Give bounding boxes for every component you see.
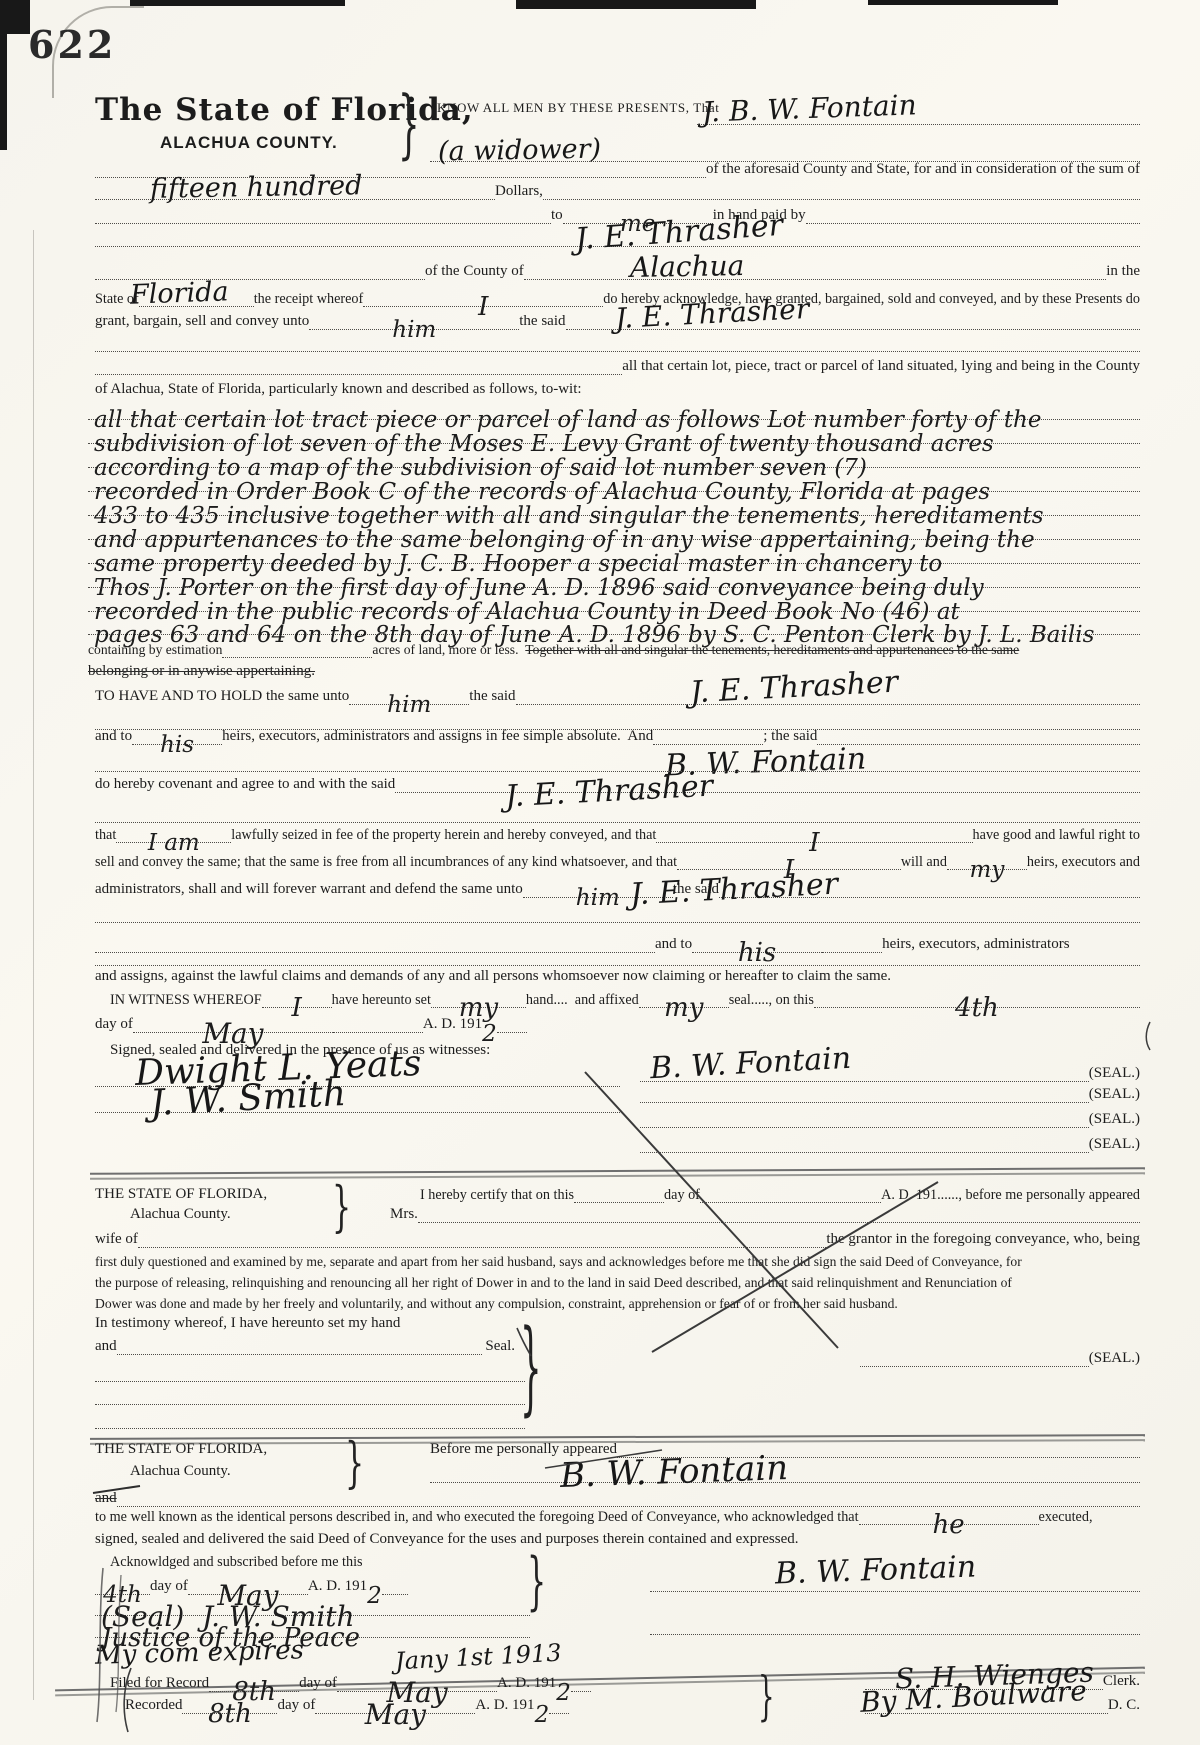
- handwritten-description: Thos J. Porter on the first day of June …: [94, 575, 984, 587]
- handwritten-description: pages 63 and 64 on the 8th day of June A…: [94, 622, 1094, 634]
- blank-dotted-line: [95, 803, 1140, 823]
- handwritten-witness2: J. W. Smith: [149, 1076, 347, 1122]
- dotted-leader: [222, 637, 372, 658]
- ack-justice-line: Justice of the Peace: [95, 1618, 530, 1638]
- description-line: all that certain lot tract piece or parc…: [88, 400, 1140, 420]
- handwritten-his: his: [160, 732, 194, 744]
- dower-paragraph-line: Dower was done and made by her freely an…: [95, 1292, 1140, 1312]
- printed-text: do hereby covenant and agree to and with…: [95, 776, 395, 793]
- dotted-leader: [138, 1227, 826, 1248]
- handwritten-he: he: [932, 1511, 964, 1524]
- dotted-leader: 433 to 435 inclusive together with all a…: [88, 495, 1140, 516]
- ack-known-line: to me well known as the identical person…: [95, 1505, 1140, 1525]
- handwritten-him: him: [392, 317, 436, 329]
- dotted-leader: my: [947, 849, 1027, 870]
- handwritten-description: and appurtenances to the same belonging …: [94, 527, 1035, 539]
- printed-text: to me well known as the identical person…: [95, 1509, 859, 1525]
- printed-text: acres of land, more or less.: [372, 642, 525, 658]
- printed-text: the grantor in the foregoing conveyance,…: [826, 1231, 1140, 1248]
- dotted-leader: [117, 1334, 482, 1355]
- printed-text: [568, 992, 575, 1008]
- handwritten-i-am: I am: [148, 830, 200, 842]
- dotted-leader: my: [431, 987, 526, 1008]
- dotted-leader: [574, 1182, 664, 1203]
- handwritten-i: I: [784, 856, 794, 869]
- filed-for-record-line: Filed for Record 8th day of May A. D. 19…: [110, 1672, 750, 1692]
- handwritten-description: same property deeded by J. C. B. Hooper …: [94, 551, 942, 563]
- seal-line: (SEAL.): [640, 1133, 1140, 1153]
- description-line: same property deeded by J. C. B. Hooper …: [88, 544, 1140, 564]
- film-edge-artifact: [868, 0, 1058, 5]
- printed-text: administrators, shall and will forever w…: [95, 881, 523, 898]
- printed-text: A. D. 191......, before me personally ap…: [881, 1187, 1140, 1203]
- description-line: pages 63 and 64 on the 8th day of June A…: [88, 615, 1140, 635]
- printed-text: of Alachua, State of Florida, particular…: [95, 381, 582, 398]
- printed-text: Filed for Record: [110, 1675, 209, 1692]
- dotted-leader: [95, 751, 1140, 772]
- dotted-leader: [524, 259, 1107, 280]
- printed-text: Dollars,: [495, 183, 543, 200]
- handwritten-month: May: [217, 1580, 278, 1594]
- handwritten-description: according to a map of the subdivision of…: [94, 455, 867, 467]
- blank-dotted-line: [95, 1409, 525, 1429]
- printed-text: Mrs.: [390, 1206, 418, 1223]
- blank-dotted-line: [95, 946, 1140, 966]
- description-line: recorded in the public records of Alachu…: [88, 592, 1140, 612]
- handwritten-year: 2: [367, 1583, 382, 1595]
- form-line-struck-belonging: belonging or in anywise appertaining.: [88, 660, 1140, 680]
- printed-text: day of: [277, 1697, 315, 1714]
- printed-text: and affixed: [575, 992, 639, 1008]
- handwritten-my: my: [970, 857, 1005, 869]
- form-line-assigns: and assigns, against the lawful claims a…: [95, 965, 1140, 985]
- dotted-leader: May: [337, 1671, 497, 1692]
- dotted-leader: recorded in the public records of Alachu…: [88, 591, 1140, 612]
- handwritten-i: I: [478, 293, 488, 306]
- dotted-leader: [95, 259, 425, 280]
- dotted-leader: [497, 1012, 527, 1033]
- dotted-leader: [95, 902, 1140, 923]
- blank-dotted-line: [95, 1362, 525, 1382]
- dotted-leader: his: [132, 724, 222, 745]
- dotted-leader: Justice of the Peace: [95, 1617, 530, 1638]
- ack-notary-line: (Seal) J. W. Smith: [95, 1596, 530, 1616]
- dotted-leader: I: [656, 822, 972, 843]
- printed-text: to: [551, 207, 563, 224]
- handwritten-justice-title: Justice of the Peace: [101, 1624, 360, 1637]
- printed-text: in the: [1106, 263, 1140, 280]
- dotted-leader: [860, 1346, 1089, 1367]
- dotted-leader: [95, 1408, 525, 1429]
- dower-seal-line: (SEAL.): [860, 1347, 1140, 1367]
- printed-text: the said: [519, 313, 565, 330]
- handwritten-amount: fifteen hundred: [150, 172, 363, 203]
- printed-text: seal....., on this: [729, 992, 814, 1008]
- handwritten-description: recorded in Order Book C of the records …: [94, 479, 990, 491]
- scan-fold-line: [33, 230, 34, 1700]
- printed-text: Dower was done and made by her freely an…: [95, 1296, 898, 1312]
- printed-text: IN WITNESS WHEREOF: [110, 992, 262, 1008]
- handwritten-my: my: [664, 994, 703, 1007]
- printed-text: containing by estimation: [88, 642, 222, 658]
- printed-text: KNOW ALL MEN BY THESE PRESENTS, That: [437, 101, 719, 116]
- dotted-leader: I: [677, 849, 901, 870]
- dotted-leader: [571, 1671, 591, 1692]
- handwritten-him: him: [576, 885, 620, 897]
- section-divider: [90, 1167, 1145, 1180]
- printed-text: executed,: [1039, 1509, 1093, 1525]
- printed-text: will and: [901, 854, 947, 870]
- printed-text-struck: Together with all and singular the tenem…: [525, 642, 1019, 658]
- dotted-leader: [95, 203, 551, 224]
- blank-dotted-line: [95, 1385, 525, 1405]
- printed-text: lawfully seized in fee of the property h…: [231, 827, 656, 843]
- dotted-leader: Thos J. Porter on the first day of June …: [88, 567, 1140, 588]
- printed-text: I hereby certify that on this: [420, 1187, 574, 1203]
- printed-text: signed, sealed and delivered the said De…: [95, 1531, 799, 1548]
- dotted-leader: all that certain lot tract piece or parc…: [88, 399, 1140, 420]
- printed-text: A. D. 191: [308, 1578, 367, 1595]
- dotted-leader: [653, 724, 763, 745]
- printed-text: A. D. 191: [475, 1697, 534, 1714]
- printed-text: heirs, executors and: [1027, 854, 1140, 870]
- dotted-leader: [95, 802, 1140, 823]
- form-line-seized: that I am lawfully seized in fee of the …: [95, 823, 1140, 843]
- form-line-day-of: day of May A. D. 191 2: [95, 1013, 655, 1033]
- dotted-leader: my: [639, 987, 729, 1008]
- ack-signed-line: signed, sealed and delivered the said De…: [95, 1528, 1140, 1548]
- dotted-leader: I am: [116, 822, 231, 843]
- printed-text: Acknowldged and subscribed before me thi…: [110, 1554, 363, 1570]
- dotted-leader: 8th: [209, 1671, 299, 1692]
- printed-text: Alachua County.: [130, 1206, 231, 1223]
- dotted-leader: [95, 1361, 525, 1382]
- form-line-county-of: of the County of in the: [95, 260, 1140, 280]
- ack-state-line: THE STATE OF FLORIDA,: [95, 1438, 355, 1458]
- printed-seal-label: (SEAL.): [1089, 1350, 1140, 1367]
- seal-line: (SEAL.): [640, 1108, 1140, 1128]
- handwritten-notary-signature: (Seal) J. W. Smith: [101, 1601, 355, 1615]
- dotted-leader: [806, 203, 1140, 224]
- printed-text: Seal.: [482, 1338, 515, 1355]
- printed-text: THE STATE OF FLORIDA,: [95, 1186, 267, 1203]
- dower-and-seal-line: and Seal.: [95, 1335, 515, 1355]
- header-brace: }: [398, 88, 420, 163]
- ack-county-line: Alachua County.: [130, 1460, 290, 1480]
- dotted-leader: [700, 1182, 881, 1203]
- printed-seal-label: (SEAL.): [1089, 1065, 1140, 1082]
- blank-dotted-line: [95, 752, 1140, 772]
- printed-text: all that certain lot, piece, tract or pa…: [622, 358, 1140, 375]
- dotted-leader: him: [309, 309, 519, 330]
- dotted-leader: same property deeded by J. C. B. Hooper …: [88, 543, 1140, 564]
- page-number: 622: [28, 22, 116, 67]
- description-line: and appurtenances to the same belonging …: [88, 520, 1140, 540]
- handwritten-recorded-day: 8th: [208, 1700, 252, 1713]
- handwritten-description: recorded in the public records of Alachu…: [94, 599, 960, 611]
- blank-dotted-line: [95, 332, 1140, 352]
- dotted-leader: May: [315, 1693, 475, 1714]
- dotted-leader: him: [349, 684, 469, 705]
- dotted-leader: and appurtenances to the same belonging …: [88, 519, 1140, 540]
- ack-brace: }: [345, 1438, 364, 1492]
- dotted-leader: recorded in Order Book C of the records …: [88, 471, 1140, 492]
- dotted-leader: [418, 1202, 1140, 1223]
- form-line-all-that: all that certain lot, piece, tract or pa…: [95, 355, 1140, 375]
- printed-seal-label: (SEAL.): [1089, 1136, 1140, 1153]
- printed-text: of the aforesaid County and State, for a…: [706, 161, 1140, 178]
- handwritten-grantor-name: J. B. W. Fontain: [702, 91, 917, 126]
- form-line-warrant: administrators, shall and will forever w…: [95, 878, 1140, 898]
- printed-text: A. D. 191: [423, 1016, 482, 1033]
- printed-text: day of: [150, 1578, 188, 1595]
- printed-text: D. C.: [1108, 1697, 1140, 1714]
- form-line-to-have: TO HAVE AND TO HOLD the same unto him th…: [95, 685, 1140, 705]
- handwritten-year: 2: [482, 1021, 497, 1033]
- printed-text: heirs, executors, administrators and ass…: [222, 728, 653, 745]
- dotted-leader: [95, 354, 622, 375]
- printed-text: and to: [95, 728, 132, 745]
- dotted-leader: 4th: [95, 1574, 150, 1595]
- handwritten-filed-day: 8th: [232, 1678, 276, 1691]
- dower-county-line: Alachua County.: [130, 1203, 290, 1223]
- dower-testimony-line: In testimony whereof, I have hereunto se…: [95, 1312, 525, 1332]
- form-line-in-witness: IN WITNESS WHEREOF I have hereunto set m…: [110, 988, 1140, 1008]
- printed-text: sell and convey the same; that the same …: [95, 854, 677, 870]
- handwritten-i: I: [291, 994, 301, 1007]
- filing-brace: }: [758, 1672, 775, 1724]
- dotted-leader: [640, 1107, 1089, 1128]
- dower-mrs-line: Mrs.: [390, 1203, 1140, 1223]
- ack-date-line: 4th day of May A. D. 191 2: [95, 1575, 535, 1595]
- dotted-leader: [95, 1384, 525, 1405]
- dotted-leader: [549, 1693, 569, 1714]
- recorded-line: Recorded 8th day of May A. D. 191 2: [125, 1694, 750, 1714]
- film-edge-artifact: [516, 0, 756, 9]
- handwritten-description: subdivision of lot seven of the Moses E.…: [94, 431, 994, 443]
- handwritten-month: May: [202, 1018, 263, 1032]
- printed-seal-label: (SEAL.): [1089, 1111, 1140, 1128]
- dotted-leader: [543, 179, 1140, 200]
- description-line: 433 to 435 inclusive together with all a…: [88, 496, 1140, 516]
- dotted-leader: I: [262, 987, 332, 1008]
- printed-text: Clerk.: [1103, 1673, 1140, 1690]
- dotted-leader: [650, 1614, 1140, 1635]
- printed-text: Alachua County.: [130, 1463, 231, 1480]
- seal-line: (SEAL.): [640, 1083, 1140, 1103]
- printed-text: ; the said: [763, 728, 817, 745]
- printed-text: day of: [95, 1016, 133, 1033]
- dotted-leader: May: [188, 1574, 308, 1595]
- printed-text: the purpose of releasing, relinquishing …: [95, 1275, 1012, 1291]
- dotted-leader: according to a map of the subdivision of…: [88, 447, 1140, 468]
- handwritten-i: I: [809, 829, 819, 842]
- description-line: according to a map of the subdivision of…: [88, 448, 1140, 468]
- printed-text: wife of: [95, 1231, 138, 1248]
- handwritten-day: 4th: [103, 1582, 142, 1594]
- ack-subscribed-line: Acknowldged and subscribed before me thi…: [110, 1550, 530, 1570]
- dotted-leader: pages 63 and 64 on the 8th day of June A…: [88, 614, 1140, 635]
- dotted-leader: 4th: [814, 987, 1140, 1008]
- printed-text: of the County of: [425, 263, 524, 280]
- printed-text: day of: [299, 1675, 337, 1692]
- dower-wife-line: wife of the grantor in the foregoing con…: [95, 1228, 1140, 1248]
- dotted-leader: [650, 1571, 1140, 1592]
- dotted-leader: [95, 331, 1140, 352]
- printed-text-struck: belonging or in anywise appertaining.: [88, 663, 315, 680]
- printed-text: TO HAVE AND TO HOLD the same unto: [95, 688, 349, 705]
- handwritten-year: 2: [535, 1702, 550, 1714]
- form-line-sell-convey: sell and convey the same; that the same …: [95, 850, 1140, 870]
- know-all-men-line: KNOW ALL MEN BY THESE PRESENTS, That: [437, 96, 737, 116]
- handwritten-day: 4th: [955, 994, 999, 1007]
- blank-dotted-line: [650, 1615, 1140, 1635]
- deed-record-page: { "page_number": "622", "names": { "gran…: [0, 0, 1200, 1745]
- description-line: recorded in Order Book C of the records …: [88, 472, 1140, 492]
- printed-text: have hereunto set: [332, 992, 431, 1008]
- dotted-leader: [382, 1574, 408, 1595]
- handwritten-description: 433 to 435 inclusive together with all a…: [94, 503, 1044, 515]
- handwritten-him: him: [387, 692, 431, 704]
- handwritten-my: my: [459, 994, 498, 1007]
- description-line: Thos J. Porter on the first day of June …: [88, 568, 1140, 588]
- dotted-leader: 8th: [182, 1693, 277, 1714]
- dower-paragraph-line: first duly questioned and examined by me…: [95, 1250, 1140, 1270]
- handwritten-commission-date: Jany 1st 1913: [394, 1641, 562, 1674]
- printed-text: that: [95, 827, 116, 843]
- form-title-county: ALACHUA COUNTY.: [160, 133, 338, 153]
- dower-paragraph-line: the purpose of releasing, relinquishing …: [95, 1271, 1140, 1291]
- handwritten-state: Florida: [130, 278, 229, 308]
- handwritten-year: 2: [556, 1680, 571, 1692]
- printed-text: hand....: [526, 992, 568, 1008]
- handwritten-month: May: [365, 1699, 426, 1713]
- handwritten-commission-expires: My com expires: [95, 1637, 304, 1668]
- dower-certify-line: I hereby certify that on this day of A. …: [420, 1183, 1140, 1203]
- dotted-leader: subdivision of lot seven of the Moses E.…: [88, 423, 1140, 444]
- printed-text: and assigns, against the lawful claims a…: [95, 968, 891, 985]
- printed-text: THE STATE OF FLORIDA,: [95, 1441, 267, 1458]
- description-line: subdivision of lot seven of the Moses E.…: [88, 424, 1140, 444]
- dotted-leader: [817, 724, 1140, 745]
- printed-text: the said: [469, 688, 515, 705]
- form-line-to-wit: of Alachua, State of Florida, particular…: [95, 378, 1140, 398]
- blank-dotted-line: [95, 903, 1140, 923]
- handwritten-county: Alachua: [630, 252, 745, 282]
- dotted-leader: I: [363, 286, 603, 307]
- printed-text: and: [95, 1338, 117, 1355]
- film-edge-artifact: [0, 0, 7, 150]
- printed-text: In testimony whereof, I have hereunto se…: [95, 1315, 400, 1332]
- dotted-leader: [640, 1082, 1089, 1103]
- form-line-containing: containing by estimation acres of land, …: [88, 638, 1140, 658]
- printed-text: day of: [664, 1187, 700, 1203]
- printed-text: first duly questioned and examined by me…: [95, 1254, 1022, 1270]
- dotted-leader: he: [859, 1504, 1039, 1525]
- printed-text: the receipt whereof: [254, 291, 364, 307]
- blank-dotted-line: [650, 1572, 1140, 1592]
- dotted-leader: [333, 1012, 423, 1033]
- dower-state-line: THE STATE OF FLORIDA,: [95, 1183, 355, 1203]
- printed-text: grant, bargain, sell and convey unto: [95, 313, 309, 330]
- dotted-leader: May: [133, 1012, 333, 1033]
- handwritten-description: all that certain lot tract piece or parc…: [94, 407, 1041, 419]
- printed-text: A. D. 191: [497, 1675, 556, 1692]
- film-edge-artifact: [130, 0, 345, 6]
- dotted-leader: (Seal) J. W. Smith: [95, 1595, 530, 1616]
- handwritten-month: May: [386, 1677, 447, 1691]
- dotted-leader: [95, 945, 1140, 966]
- dotted-leader: [640, 1132, 1089, 1153]
- form-line-heirs: and to his heirs, executors, administrat…: [95, 725, 1140, 745]
- printed-text: Recorded: [125, 1697, 182, 1714]
- printed-text: have good and lawful right to: [973, 827, 1140, 843]
- printed-seal-label: (SEAL.): [1089, 1086, 1140, 1103]
